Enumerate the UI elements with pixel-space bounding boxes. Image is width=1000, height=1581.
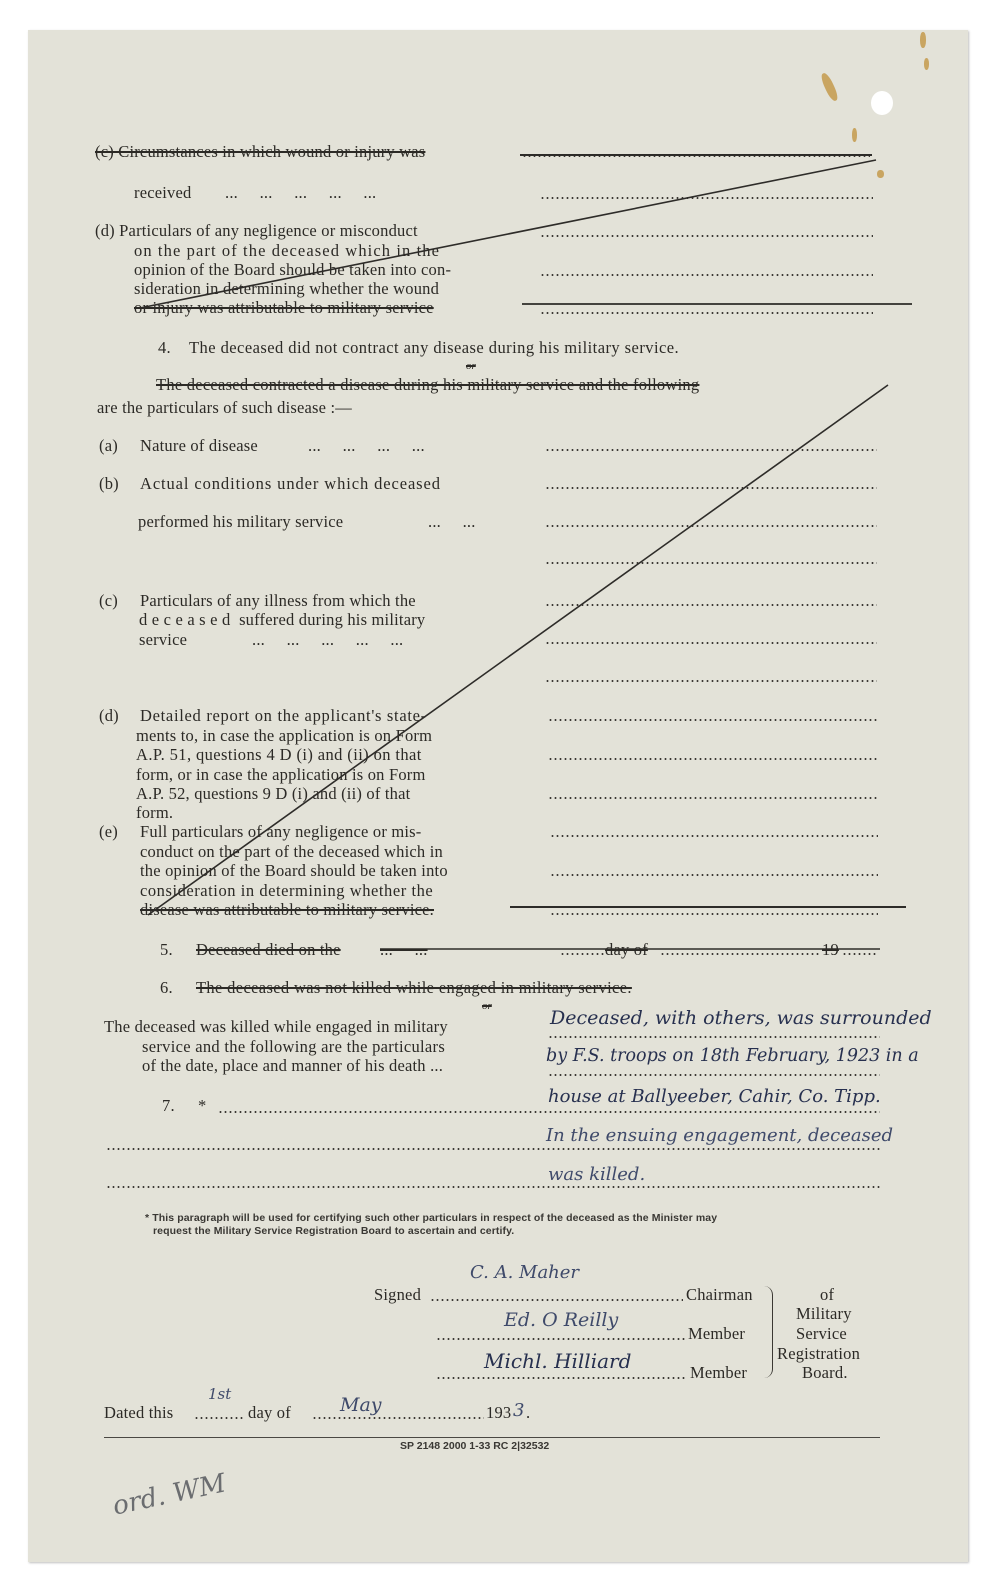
rust-stain — [877, 170, 884, 178]
year-printed: 193 — [486, 1403, 511, 1423]
signature-line — [436, 1338, 686, 1340]
blank-line — [550, 874, 878, 876]
date-day-line — [194, 1417, 244, 1419]
blank-line — [548, 1036, 880, 1038]
section-4-number: 4. — [158, 338, 171, 358]
section-5-day-of: day of — [605, 940, 648, 960]
blank-line — [545, 604, 877, 606]
leader-dots: ... ... ... ... — [308, 436, 425, 456]
blank-line — [522, 155, 870, 157]
or-separator: or — [466, 360, 476, 372]
date-day-handwritten: 1st — [208, 1385, 231, 1403]
blank-line — [545, 642, 877, 644]
section-4-alternative: are the particulars of such disease :— — [97, 398, 352, 418]
chairman-label: Chairman — [686, 1285, 753, 1305]
blank-line — [540, 197, 873, 199]
leader-dots: ... ... ... ... ... — [225, 183, 376, 203]
blank-line — [548, 1074, 880, 1076]
member-label: Member — [690, 1363, 747, 1383]
dated-label: Dated this — [104, 1403, 173, 1423]
year-handwritten: 3 — [513, 1400, 524, 1421]
blank-line — [550, 835, 878, 837]
day-of-label: day of — [248, 1403, 291, 1423]
handwritten-particulars: was killed. — [548, 1164, 645, 1185]
blank-line — [545, 487, 877, 489]
detailed-report-label: form, or in case the application is on F… — [136, 765, 426, 785]
item-label: (a) — [99, 436, 118, 456]
asterisk-marker: * — [198, 1096, 206, 1116]
nature-of-disease-label: Nature of disease — [140, 436, 258, 456]
chairman-signature: C. A. Maher — [470, 1262, 579, 1283]
detailed-report-label: A.P. 52, questions 9 D (i) and (ii) of t… — [136, 784, 410, 804]
conditions-label: Actual conditions under which deceased — [140, 474, 441, 494]
member-label: Member — [688, 1324, 745, 1344]
signed-label: Signed — [374, 1285, 421, 1305]
detailed-report-label: A.P. 51, questions 4 D (i) and (ii) on t… — [136, 745, 422, 765]
section-6-killed-text: of the date, place and manner of his dea… — [142, 1056, 443, 1076]
blank-line — [106, 1186, 880, 1188]
handwritten-particulars: house at Ballyeeber, Cahir, Co. Tipp. — [548, 1086, 881, 1107]
negligence-label: consideration in determining whether the — [140, 881, 433, 901]
section-3d-line: or injury was attributable to military s… — [134, 298, 434, 318]
item-label: (e) — [99, 822, 118, 842]
rust-stain — [852, 128, 857, 142]
date-month-line — [312, 1417, 484, 1419]
negligence-label: conduct on the part of the deceased whic… — [140, 842, 443, 862]
blank-line — [540, 274, 873, 276]
illness-label: d e c e a s e d suffered during his mili… — [139, 610, 425, 630]
blank-line — [545, 525, 877, 527]
signature-line — [430, 1299, 683, 1301]
blank-line — [842, 953, 878, 955]
illness-label: Particulars of any illness from which th… — [140, 591, 416, 611]
section-3d-line: sideration in determining whether the wo… — [134, 279, 439, 299]
member-signature: Michl. Hilliard — [484, 1349, 631, 1373]
section-5-text: Deceased died on the — [196, 940, 341, 960]
section-3d-line: on the part of the deceased which in the — [134, 241, 440, 261]
year-period: . — [526, 1403, 530, 1423]
negligence-label: disease was attributable to military ser… — [140, 900, 434, 920]
signature-line — [436, 1377, 686, 1379]
blank-line — [106, 1148, 880, 1150]
item-label: (d) — [99, 706, 119, 726]
leader-dots: ... ... — [428, 512, 476, 532]
or-separator: or — [482, 1000, 492, 1012]
member-signature: Ed. O Reilly — [504, 1309, 618, 1331]
blank-line — [545, 449, 877, 451]
section-4-alternative: The deceased contracted a disease during… — [156, 375, 699, 395]
date-month-handwritten: May — [340, 1394, 382, 1416]
blank-line — [540, 235, 873, 237]
board-label: Registration — [777, 1344, 860, 1364]
board-label: Military — [796, 1304, 852, 1324]
blank-line — [545, 562, 877, 564]
section-6-not-killed: The deceased was not killed while engage… — [196, 978, 632, 998]
footnote: * This paragraph will be used for certif… — [145, 1212, 717, 1224]
section-5-number: 5. — [160, 940, 173, 960]
leader-dots: ... ... — [380, 940, 600, 960]
bottom-rule — [104, 1437, 880, 1438]
print-code: SP 2148 2000 1-33 RC 2|32532 — [400, 1440, 549, 1452]
section-3c-received: received — [134, 183, 191, 203]
blank-line — [545, 680, 877, 682]
section-5-year: 19 — [822, 940, 839, 960]
handwritten-particulars: by F.S. troops on 18th February, 1923 in… — [546, 1046, 919, 1066]
section-7-number: 7. — [162, 1096, 175, 1116]
blank-line — [560, 953, 604, 955]
blank-line — [548, 797, 878, 799]
illness-label: service — [139, 630, 187, 650]
detailed-report-label: form. — [136, 803, 173, 823]
section-4-statement: The deceased did not contract any diseas… — [189, 338, 679, 358]
blank-line — [548, 758, 878, 760]
brace — [764, 1286, 773, 1378]
punch-hole — [871, 91, 893, 115]
footnote: request the Military Service Registratio… — [153, 1225, 514, 1237]
negligence-label: the opinion of the Board should be taken… — [140, 861, 448, 881]
blank-line — [660, 953, 820, 955]
board-label: of — [820, 1285, 834, 1305]
section-6-killed-text: The deceased was killed while engaged in… — [104, 1017, 448, 1037]
rust-stain — [920, 32, 926, 48]
item-label: (b) — [99, 474, 119, 494]
negligence-label: Full particulars of any negligence or mi… — [140, 822, 422, 842]
section-3d-line: (d) Particulars of any negligence or mis… — [95, 221, 418, 241]
detailed-report-label: ments to, in case the application is on … — [136, 726, 432, 746]
blank-line — [548, 719, 878, 721]
detailed-report-label: Detailed report on the applicant's state… — [140, 706, 427, 726]
blank-line — [218, 1111, 880, 1113]
leader-dots: ... ... ... ... ... — [252, 630, 403, 650]
blank-line — [540, 312, 873, 314]
section-3c-heading: (c) Circumstances in which wound or inju… — [95, 142, 425, 162]
conditions-label: performed his military service — [138, 512, 343, 532]
section-6-number: 6. — [160, 978, 173, 998]
rust-stain — [924, 58, 929, 70]
section-6-killed-text: service and the following are the partic… — [142, 1037, 445, 1057]
board-label: Service — [796, 1324, 847, 1344]
board-label: Board. — [802, 1363, 848, 1383]
handwritten-particulars: In the ensuing engagement, deceased — [546, 1125, 893, 1146]
item-label: (c) — [99, 591, 118, 611]
blank-line — [550, 913, 878, 915]
handwritten-particulars: Deceased, with others, was surrounded — [550, 1007, 932, 1029]
section-3d-line: opinion of the Board should be taken int… — [134, 260, 451, 280]
